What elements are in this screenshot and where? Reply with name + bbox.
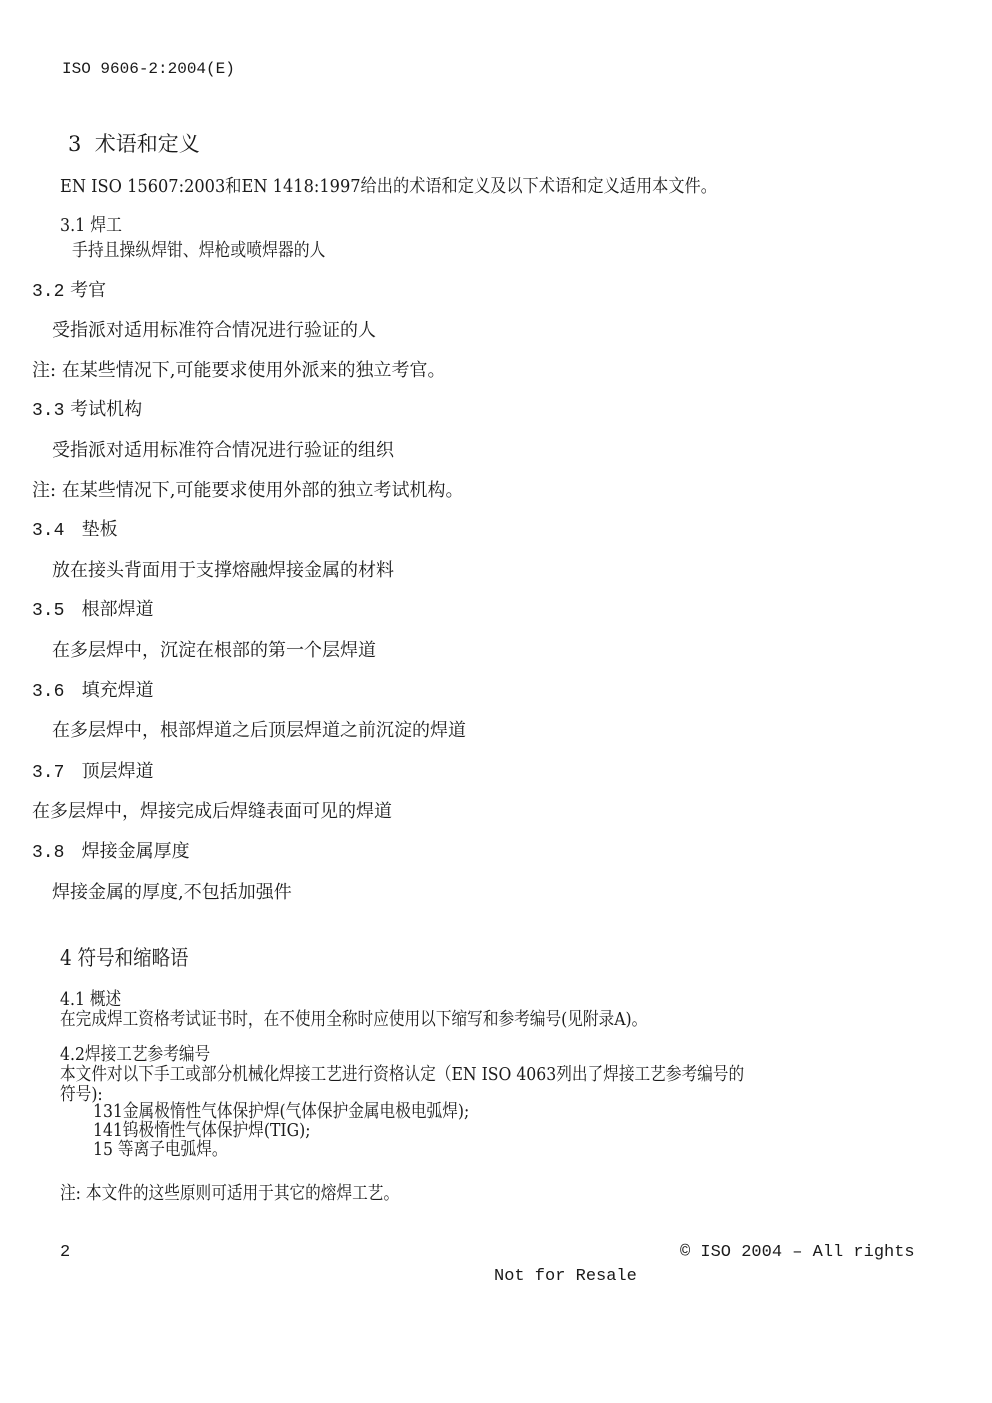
copyright-notice: © ISO 2004 – All rights xyxy=(680,1243,915,1262)
subsection-4-1-text: 在完成焊工资格考试证书时，在不使用全称时应使用以下缩写和参考编号(见附录A)。 xyxy=(60,1011,647,1029)
term-definition: 在多层焊中，沉淀在根部的第一个层焊道 xyxy=(52,636,376,662)
term-note: 注: 在某些情况下,可能要求使用外部的独立考试机构。 xyxy=(32,476,464,502)
term-definition: 放在接头背面用于支撑熔融焊接金属的材料 xyxy=(52,556,394,582)
document-id-header: ISO 9606-2:2004(E) xyxy=(62,60,235,78)
term-definition: 在多层焊中，焊接完成后焊缝表面可见的焊道 xyxy=(32,797,392,823)
term-note: 注: 在某些情况下,可能要求使用外派来的独立考官。 xyxy=(32,356,446,382)
term-heading: 3.2 考官 xyxy=(32,276,106,302)
subsection-4-2-heading: 4.2焊接工艺参考编号 xyxy=(60,1046,210,1064)
term-definition: 受指派对适用标准符合情况进行验证的人 xyxy=(52,316,376,342)
section-4-title: 4 符号和缩略语 xyxy=(60,942,189,972)
process-list-item: 15 等离子电弧焊。 xyxy=(93,1141,228,1159)
section-3-intro: EN ISO 15607:2003和EN 1418:1997给出的术语和定义及以… xyxy=(60,172,717,198)
process-list-item: 141钨极惰性气体保护焊(TIG); xyxy=(93,1122,310,1140)
process-list-item: 131金属极惰性气体保护焊(气体保护金属电极电弧焊); xyxy=(93,1103,469,1121)
term-definition: 在多层焊中，根部焊道之后顶层焊道之前沉淀的焊道 xyxy=(52,716,466,742)
term-definition: 受指派对适用标准符合情况进行验证的组织 xyxy=(52,436,394,462)
resale-notice: Not for Resale xyxy=(494,1267,637,1286)
term-heading: 3.8 焊接金属厚度 xyxy=(32,837,190,863)
section-title: 术语和定义 xyxy=(95,132,200,156)
term-heading: 3.7 顶层焊道 xyxy=(32,757,154,783)
term-heading: 3.5 根部焊道 xyxy=(32,595,154,621)
term-definition: 手持且操纵焊钳、焊枪或喷焊器的人 xyxy=(72,236,325,262)
subsection-4-1-heading: 4.1 概述 xyxy=(60,991,121,1009)
subsection-4-2-text-line1: 本文件对以下手工或部分机械化焊接工艺进行资格认定（EN ISO 4063列出了焊… xyxy=(60,1066,744,1084)
term-heading: 3.4 垫板 xyxy=(32,515,118,541)
term-heading: 3.6 填充焊道 xyxy=(32,676,154,702)
page-number: 2 xyxy=(60,1243,70,1262)
section-4-note: 注: 本文件的这些原则可适用于其它的熔焊工艺。 xyxy=(60,1179,399,1205)
section-3-title: 3 术语和定义 xyxy=(68,128,200,158)
term-heading: 3.1 焊工 xyxy=(60,211,122,237)
term-definition: 焊接金属的厚度,不包括加强件 xyxy=(52,878,292,904)
term-heading: 3.3 考试机构 xyxy=(32,395,142,421)
section-number: 3 xyxy=(68,132,81,156)
